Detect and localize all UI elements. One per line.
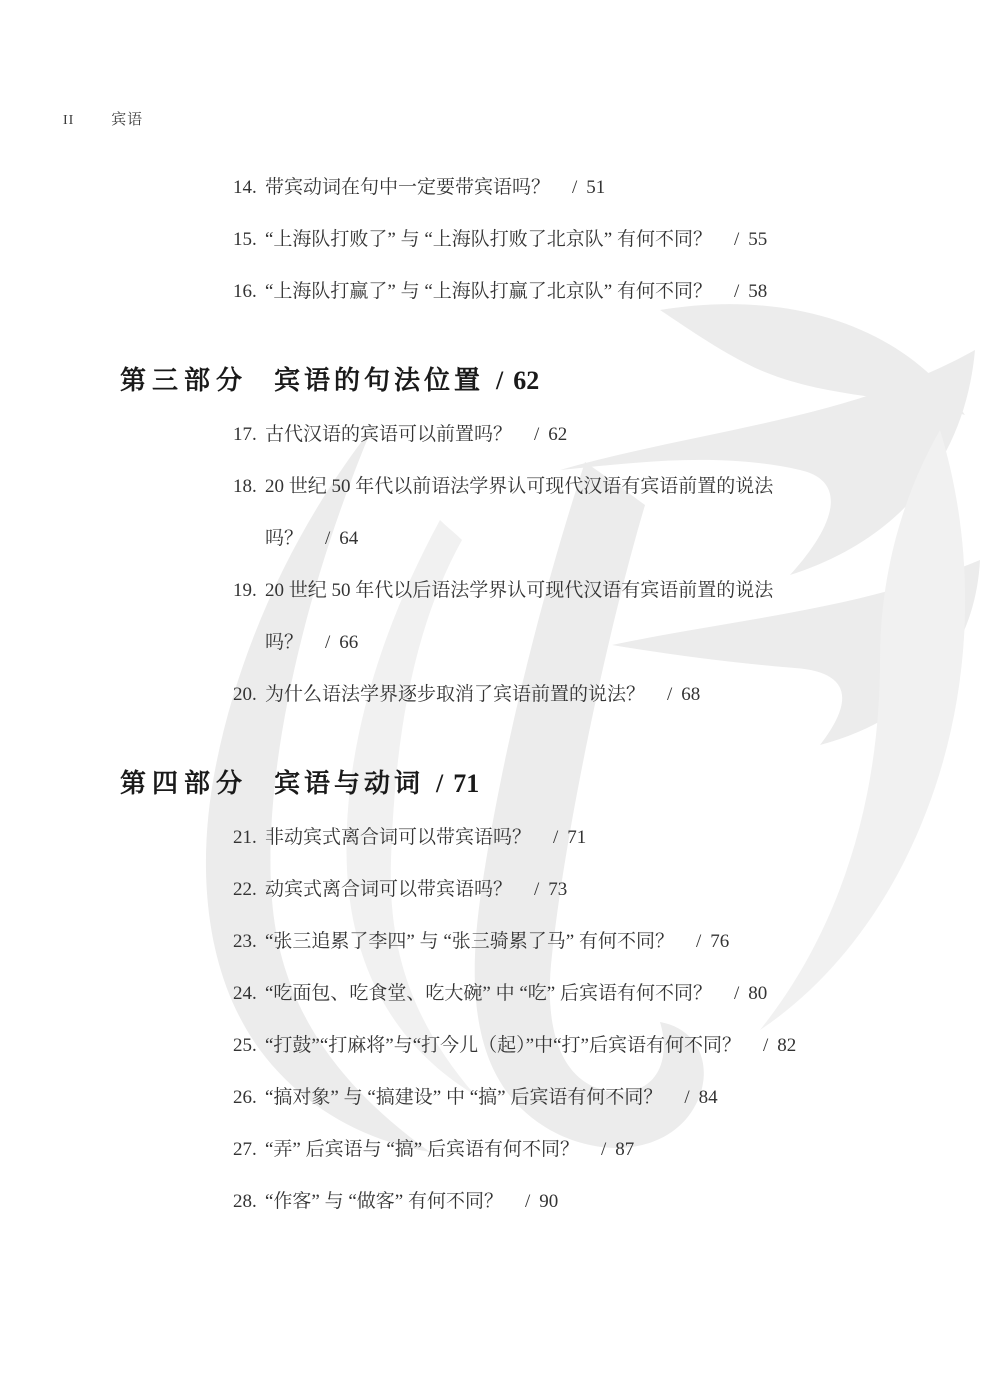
toc-item-27: 27.“弄” 后宾语与 “搞” 后宾语有何不同？/87 [233, 1124, 991, 1176]
page-number: 64 [339, 528, 358, 549]
item-page-ref: /58 [734, 281, 767, 302]
section-label: 第四部分 [120, 768, 248, 798]
page-separator: / [696, 931, 701, 952]
item-page-ref: /82 [763, 1035, 796, 1056]
toc-item-16: 16.“上海队打赢了” 与 “上海队打赢了北京队” 有何不同？/58 [233, 266, 991, 318]
page-separator: / [525, 1191, 530, 1212]
item-page-ref: /51 [572, 177, 605, 198]
page-number: 71 [567, 827, 586, 848]
page-number: 62 [548, 424, 567, 445]
item-title: “打鼓”“打麻将”与“打今儿（起）”中“打”后宾语有何不同？ [265, 1035, 741, 1056]
item-number: 25. [233, 1020, 265, 1072]
toc-item-26: 26.“搞对象” 与 “搞建设” 中 “搞” 后宾语有何不同？/84 [233, 1072, 991, 1124]
page-separator: / [734, 281, 739, 302]
item-number: 17. [233, 409, 265, 461]
page-number: 68 [681, 684, 700, 705]
item-number: 24. [233, 968, 265, 1020]
table-of-contents: 14.带宾动词在句中一定要带宾语吗？/51 15.“上海队打败了” 与 “上海队… [0, 162, 991, 1228]
item-title: “上海队打赢了” 与 “上海队打赢了北京队” 有何不同？ [265, 281, 712, 302]
section-title: 宾语的句法位置 [274, 365, 484, 395]
page-separator: / [553, 827, 558, 848]
item-number: 22. [233, 864, 265, 916]
toc-item-25: 25.“打鼓”“打麻将”与“打今儿（起）”中“打”后宾语有何不同？/82 [233, 1020, 991, 1072]
item-number: 16. [233, 266, 265, 318]
item-page-ref: /71 [553, 827, 586, 848]
item-title: “吃面包、吃食堂、吃大碗” 中 “吃” 后宾语有何不同？ [265, 983, 712, 1004]
page-separator: / [534, 879, 539, 900]
item-number: 28. [233, 1176, 265, 1228]
page-separator: / [763, 1035, 768, 1056]
page-separator: / [734, 229, 739, 250]
toc-item-17: 17.古代汉语的宾语可以前置吗？/62 [233, 409, 991, 461]
item-title: “弄” 后宾语与 “搞” 后宾语有何不同？ [265, 1139, 579, 1160]
section-label: 第三部分 [120, 365, 248, 395]
page-number: 62 [513, 366, 539, 395]
item-title: 20 世纪 50 年代以前语法学界认可现代汉语有宾语前置的说法 [265, 476, 773, 497]
page-separator: / [534, 424, 539, 445]
toc-item-21: 21.非动宾式离合词可以带宾语吗？/71 [233, 812, 991, 864]
item-number: 20. [233, 669, 265, 721]
item-page-ref: /73 [534, 879, 567, 900]
item-page-ref: /62 [534, 424, 567, 445]
page-number: 84 [699, 1087, 718, 1108]
running-book-title: 宾语 [111, 112, 143, 128]
page-separator: / [436, 769, 443, 798]
page-separator: / [325, 528, 330, 549]
toc-item-18-line1: 18.20 世纪 50 年代以前语法学界认可现代汉语有宾语前置的说法 [233, 461, 991, 513]
toc-item-14: 14.带宾动词在句中一定要带宾语吗？/51 [233, 162, 991, 214]
toc-item-24: 24.“吃面包、吃食堂、吃大碗” 中 “吃” 后宾语有何不同？/80 [233, 968, 991, 1020]
item-number: 26. [233, 1072, 265, 1124]
page-number: 71 [453, 769, 479, 798]
page-number: 73 [548, 879, 567, 900]
item-title: “搞对象” 与 “搞建设” 中 “搞” 后宾语有何不同？ [265, 1087, 662, 1108]
item-title: “张三追累了李四” 与 “张三骑累了马” 有何不同？ [265, 931, 674, 952]
item-page-ref: /64 [325, 528, 358, 549]
toc-item-23: 23.“张三追累了李四” 与 “张三骑累了马” 有何不同？/76 [233, 916, 991, 968]
toc-item-18-line2: 吗？/64 [265, 513, 991, 565]
item-page-ref: /80 [734, 983, 767, 1004]
item-page-ref: /84 [684, 1087, 717, 1108]
toc-item-19-line1: 19.20 世纪 50 年代以后语法学界认可现代汉语有宾语前置的说法 [233, 565, 991, 617]
item-title-continued: 吗？ [265, 632, 303, 653]
item-title: “作客” 与 “做客” 有何不同？ [265, 1191, 503, 1212]
toc-section-heading-part4: 第四部分宾语与动词/71 [120, 755, 991, 812]
running-header: II 宾语 [63, 108, 143, 129]
item-number: 18. [233, 461, 265, 513]
item-page-ref: /55 [734, 229, 767, 250]
toc-item-15: 15.“上海队打败了” 与 “上海队打败了北京队” 有何不同？/55 [233, 214, 991, 266]
item-title: 为什么语法学界逐步取消了宾语前置的说法？ [265, 684, 645, 705]
item-number: 15. [233, 214, 265, 266]
item-number: 19. [233, 565, 265, 617]
item-page-ref: /68 [667, 684, 700, 705]
page-number: 87 [615, 1139, 634, 1160]
item-page-ref: /87 [601, 1139, 634, 1160]
item-title: “上海队打败了” 与 “上海队打败了北京队” 有何不同？ [265, 229, 712, 250]
item-page-ref: /76 [696, 931, 729, 952]
toc-section-heading-part3: 第三部分宾语的句法位置/62 [120, 352, 991, 409]
item-title: 20 世纪 50 年代以后语法学界认可现代汉语有宾语前置的说法 [265, 580, 773, 601]
page-number: 55 [748, 229, 767, 250]
page-separator: / [572, 177, 577, 198]
item-number: 27. [233, 1124, 265, 1176]
item-number: 14. [233, 162, 265, 214]
page-separator: / [734, 983, 739, 1004]
page-number: 51 [586, 177, 605, 198]
item-title: 非动宾式离合词可以带宾语吗？ [265, 827, 531, 848]
toc-item-28: 28.“作客” 与 “做客” 有何不同？/90 [233, 1176, 991, 1228]
toc-item-22: 22.动宾式离合词可以带宾语吗？/73 [233, 864, 991, 916]
item-title: 古代汉语的宾语可以前置吗？ [265, 424, 512, 445]
section-title: 宾语与动词 [274, 768, 424, 798]
page-separator: / [601, 1139, 606, 1160]
section-page-ref: /71 [436, 769, 479, 798]
folio-page-number: II [63, 113, 74, 128]
section-page-ref: /62 [496, 366, 539, 395]
item-page-ref: /90 [525, 1191, 558, 1212]
page-number: 58 [748, 281, 767, 302]
item-title: 带宾动词在句中一定要带宾语吗？ [265, 177, 550, 198]
item-title: 动宾式离合词可以带宾语吗？ [265, 879, 512, 900]
page-number: 80 [748, 983, 767, 1004]
item-number: 21. [233, 812, 265, 864]
page-number: 82 [777, 1035, 796, 1056]
item-page-ref: /66 [325, 632, 358, 653]
item-number: 23. [233, 916, 265, 968]
page-number: 76 [710, 931, 729, 952]
page-number: 90 [539, 1191, 558, 1212]
page-separator: / [667, 684, 672, 705]
toc-item-19-line2: 吗？/66 [265, 617, 991, 669]
page-separator: / [325, 632, 330, 653]
toc-item-20: 20.为什么语法学界逐步取消了宾语前置的说法？/68 [233, 669, 991, 721]
page-number: 66 [339, 632, 358, 653]
item-title-continued: 吗？ [265, 528, 303, 549]
page-separator: / [496, 366, 503, 395]
page-separator: / [684, 1087, 689, 1108]
